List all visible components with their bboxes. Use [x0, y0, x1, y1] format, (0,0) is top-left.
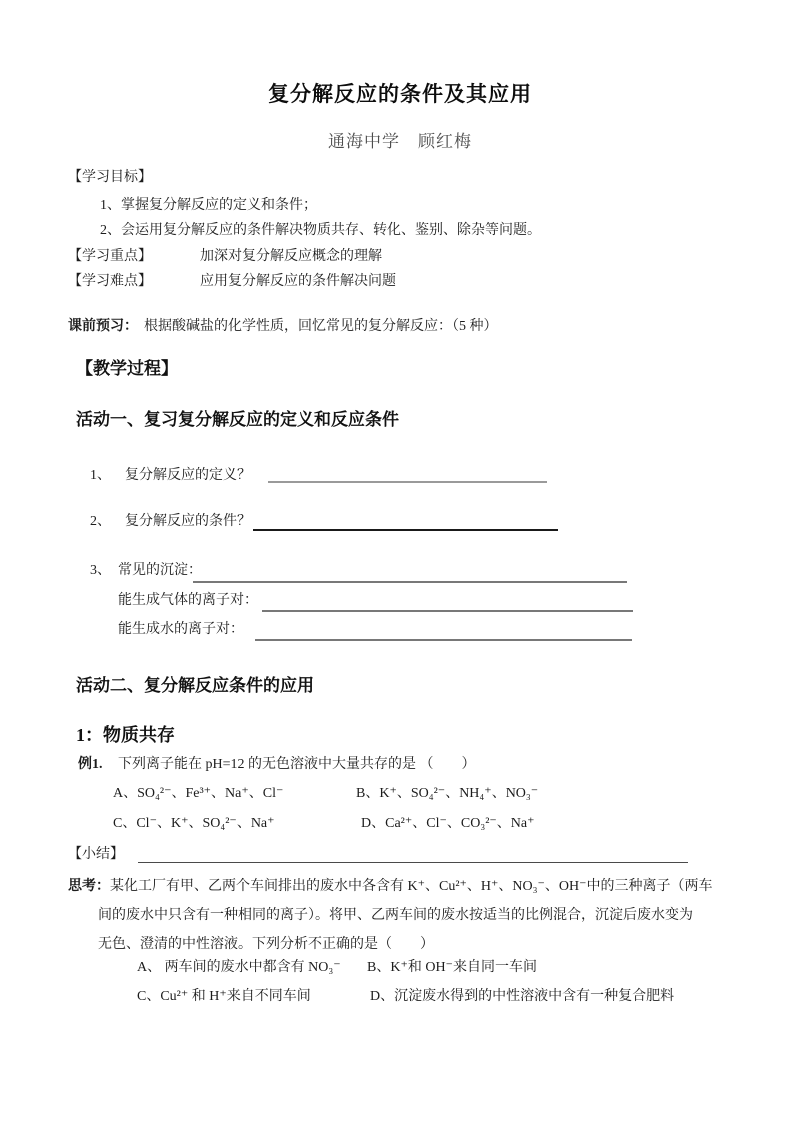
key-point-text: 加深对复分解反应概念的理解 — [200, 249, 382, 264]
answer-blank-summary — [138, 862, 688, 863]
think-option-a: A、 两车间的废水中都含有 NO₃⁻ — [137, 958, 341, 978]
answer-blank-gas-ion-pairs — [262, 610, 633, 612]
activity1-title: 活动一、复习复分解反应的定义和反应条件 — [76, 410, 399, 430]
example1-option-d: D、Ca²⁺、Cl⁻、CO₃²⁻、Na⁺ — [361, 814, 535, 834]
question-1-text: 复分解反应的定义？ — [125, 468, 251, 483]
answer-blank-definition — [268, 481, 547, 483]
objective-item-1: 1、掌握复分解反应的定义和条件； — [100, 196, 317, 216]
answer-blank-precipitates — [193, 581, 627, 583]
question-2-text: 复分解反应的条件？ — [125, 514, 251, 529]
think-option-d: D、沉淀废水得到的中性溶液中含有一种复合肥料 — [370, 987, 674, 1007]
objectives-header: 【学习目标】 — [68, 168, 152, 188]
answer-blank-water-ion-pairs — [255, 639, 632, 641]
doc-title: 复分解反应的条件及其应用 — [0, 84, 800, 104]
objective-item-2: 2、会运用复分解反应的条件解决物质共存、转化、鉴别、除杂等问题。 — [100, 221, 541, 241]
key-point-row: 【学习重点】加深对复分解反应概念的理解 — [68, 247, 382, 267]
think-line-2: 间的废水中只含有一种相同的离子）。将甲、乙两车间的废水按适当的比例混合，沉淀后废… — [98, 906, 693, 926]
example1-row: 例1.下列离子能在 pH=12 的无色溶液中大量共存的是 （ ） — [78, 755, 476, 775]
preview-text: 根据酸碱盐的化学性质，回忆常见的复分解反应：（5 种） — [144, 319, 498, 334]
example1-option-c: C、Cl⁻、K⁺、SO₄²⁻、Na⁺ — [113, 814, 275, 834]
gas-ion-pairs-label: 能生成气体的离子对： — [118, 591, 258, 611]
example1-option-a: A、SO₄²⁻、Fe³⁺、Na⁺、Cl⁻ — [113, 784, 283, 804]
summary-label: 【小结】 — [68, 845, 124, 865]
water-ion-pairs-label: 能生成水的离子对： — [118, 620, 244, 640]
question-1-row: 1、复分解反应的定义？ — [90, 466, 251, 486]
think-label: 思考： — [68, 879, 110, 894]
question-1-number: 1、 — [90, 466, 125, 486]
question-2-row: 2、复分解反应的条件？ — [90, 512, 251, 532]
process-header: 【教学过程】 — [76, 359, 178, 379]
preview-label: 课前预习： — [68, 317, 144, 337]
question-2-number: 2、 — [90, 512, 125, 532]
think-option-c: C、Cu²⁺ 和 H⁺来自不同车间 — [137, 987, 311, 1007]
example1-option-b: B、K⁺、SO₄²⁻、NH₄⁺、NO₃⁻ — [356, 784, 538, 804]
doc-byline: 通海中学 顾红梅 — [0, 132, 800, 152]
worksheet-page: 复分解反应的条件及其应用 通海中学 顾红梅 【学习目标】 1、掌握复分解反应的定… — [0, 0, 800, 1131]
example1-question: 下列离子能在 pH=12 的无色溶液中大量共存的是 （ ） — [118, 757, 476, 772]
key-point-label: 【学习重点】 — [68, 247, 200, 267]
question-3-text: 常见的沉淀： — [118, 563, 202, 578]
think-option-b: B、K⁺和 OH⁻来自同一车间 — [367, 958, 537, 978]
think-text-1: 某化工厂有甲、乙两个车间排出的废水中各含有 K⁺、Cu²⁺、H⁺、NO₃⁻、OH… — [110, 879, 713, 894]
difficult-point-text: 应用复分解反应的条件解决问题 — [200, 274, 396, 289]
activity2-title: 活动二、复分解反应条件的应用 — [76, 676, 314, 696]
difficult-point-row: 【学习难点】应用复分解反应的条件解决问题 — [68, 272, 396, 292]
answer-blank-conditions — [253, 529, 558, 531]
section-coexistence-header: 1：物质共存 — [76, 725, 175, 745]
preview-row: 课前预习：根据酸碱盐的化学性质，回忆常见的复分解反应：（5 种） — [68, 317, 498, 337]
question-3-row: 3、常见的沉淀： — [90, 561, 202, 581]
example1-label: 例1. — [78, 755, 118, 775]
question-3-number: 3、 — [90, 561, 118, 581]
difficult-point-label: 【学习难点】 — [68, 272, 200, 292]
think-line-3: 无色、澄清的中性溶液。下列分析不正确的是（ ） — [98, 935, 434, 955]
think-line-1: 思考：某化工厂有甲、乙两个车间排出的废水中各含有 K⁺、Cu²⁺、H⁺、NO₃⁻… — [68, 877, 713, 897]
